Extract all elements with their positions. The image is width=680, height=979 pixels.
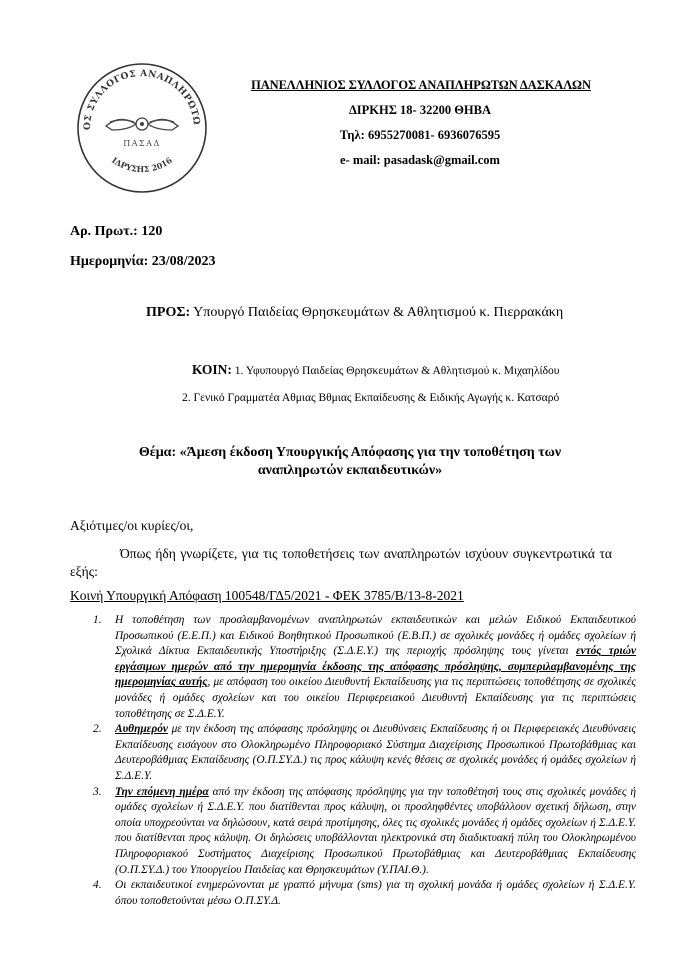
list-item: 2. Αυθημερόν με την έκδοση της απόφασης … — [93, 722, 636, 784]
cc-item: 1. Υφυπουργό Παιδείας Θρησκευμάτων & Αθλ… — [235, 365, 560, 377]
list-emphasis: Αυθημερόν — [115, 723, 168, 735]
list-item: 3. Την επόμενη ημέρα από την έκδοση της … — [93, 785, 636, 879]
association-seal-icon: ΠΑΝΕΛΛΗΝΙΟΣ ΣΥΛΛΟΓΟΣ ΑΝΑΠΛΗΡΩΤΩΝ ΔΑΣΚΑΛΩ… — [62, 56, 222, 196]
greeting: Αξιότιμες/οι κυρίες/οι, — [70, 518, 193, 534]
subject-line: αναπληρωτών εκπαιδευτικών» — [60, 462, 640, 480]
list-text: με την έκδοση της απόφασης πρόσληψης οι … — [115, 723, 636, 782]
subject-line: Θέμα: «Άμεση έκδοση Υπουργικής Απόφασης … — [60, 444, 640, 462]
list-item: 4. Οι εκπαιδευτικοί ενημερώνονται με γρα… — [93, 878, 636, 909]
law-reference: Κοινή Υπουργική Απόφαση 100548/ΓΔ5/2021 … — [70, 588, 464, 604]
list-text: Η τοποθέτηση των προσλαμβανομένων αναπλη… — [115, 614, 636, 657]
to-value: Υπουργό Παιδείας Θρησκευμάτων & Αθλητισμ… — [193, 305, 563, 320]
org-name: ΠΑΝΕΛΛΗΝΙΟΣ ΣΥΛΛΟΓΟΣ ΑΝΑΠΛΗΡΩΤΩΝ ΔΑΣΚΑΛΩ… — [236, 78, 606, 93]
org-address: ΔΙΡΚΗΣ 18- 32200 ΘΗΒΑ — [230, 103, 610, 118]
recipient-cc: ΚΟΙΝ: 1. Υφυπουργό Παιδείας Θρησκευμάτων… — [192, 362, 559, 378]
list-number: 1. — [93, 613, 102, 629]
to-label: ΠΡΟΣ: — [146, 305, 190, 320]
svg-text:ΙΔΡΥΣΗΣ 2016: ΙΔΡΥΣΗΣ 2016 — [110, 155, 174, 174]
protocol-number: Αρ. Πρωτ.: 120 — [70, 224, 162, 240]
list-number: 2. — [93, 722, 102, 738]
list-text: Οι εκπαιδευτικοί ενημερώνονται με γραπτό… — [115, 879, 636, 907]
subject: Θέμα: «Άμεση έκδοση Υπουργικής Απόφασης … — [60, 444, 640, 480]
list-item: 1. Η τοποθέτηση των προσλαμβανομένων ανα… — [93, 613, 636, 722]
list-number: 3. — [93, 785, 102, 801]
list-number: 4. — [93, 878, 102, 894]
list-text: από την έκδοση της απόφασης πρόσληψης γι… — [115, 786, 636, 876]
cc-label: ΚΟΙΝ: — [192, 362, 232, 377]
recipient-to: ΠΡΟΣ: Υπουργό Παιδείας Θρησκευμάτων & Αθ… — [146, 305, 563, 321]
provisions-list: 1. Η τοποθέτηση των προσλαμβανομένων ανα… — [93, 613, 636, 909]
list-emphasis: Την επόμενη ημέρα — [115, 786, 209, 798]
svg-text:ΠΑΣΑΔ: ΠΑΣΑΔ — [123, 139, 160, 148]
org-phone: Τηλ: 6955270081- 6936076595 — [230, 128, 610, 143]
svg-text:ΠΑΝΕΛΛΗΝΙΟΣ ΣΥΛΛΟΓΟΣ ΑΝΑΠΛΗΡΩΤ: ΠΑΝΕΛΛΗΝΙΟΣ ΣΥΛΛΟΓΟΣ ΑΝΑΠΛΗΡΩΤΩΝ ΔΑΣΚΑΛΩ… — [62, 56, 201, 130]
org-email: e- mail: pasadask@gmail.com — [230, 153, 610, 168]
intro-paragraph: Όπως ήδη γνωρίζετε, για τις τοποθετήσεις… — [70, 545, 612, 581]
document-date: Ημερομηνία: 23/08/2023 — [70, 254, 216, 270]
cc-item: 2. Γενικό Γραμματέα Αθμιας Βθμιας Εκπαίδ… — [182, 392, 559, 404]
